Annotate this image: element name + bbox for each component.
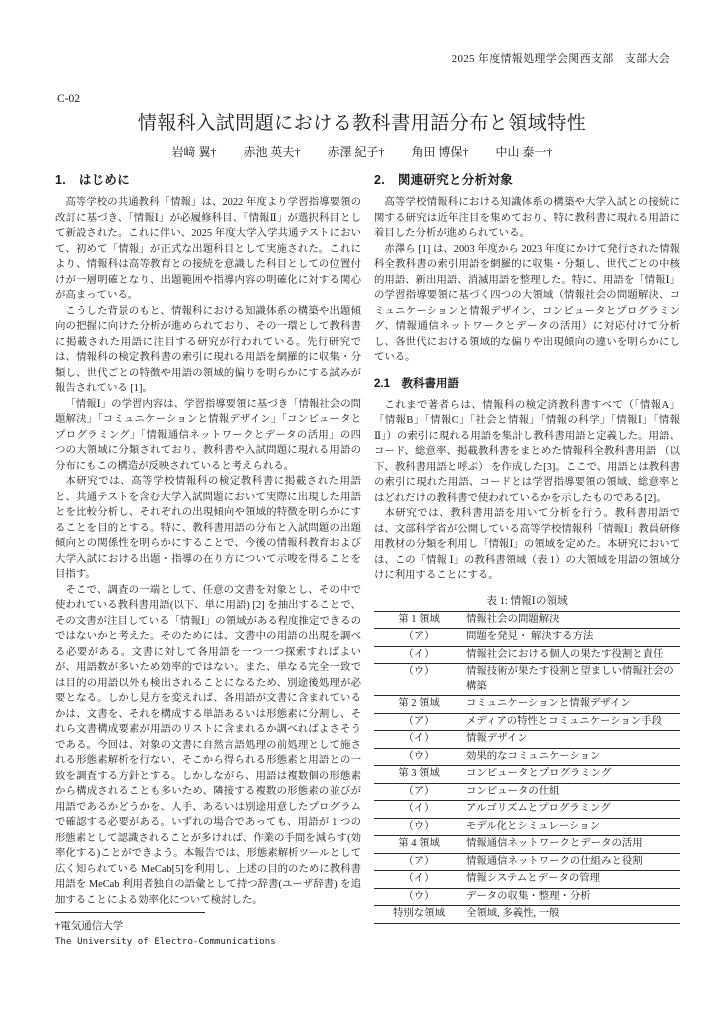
row-desc: 情報デザイン — [464, 731, 680, 749]
paragraph: 本研究では、教科書用語を用いて分析を行う。教科書用語では、文部科学省が公開してい… — [374, 506, 680, 584]
author-name: 角田 博保† — [412, 143, 469, 160]
table-row: （ア） 情報通信ネットワークの仕組みと役割 — [374, 853, 680, 871]
table-row: （ウ） データの収集・整理・分析 — [374, 888, 680, 906]
paragraph: これまで著者らは、情報科の検定済教科書すべて（「情報A」「情報B」「情報C」「社… — [374, 398, 680, 507]
table-row: 第 3 領域 コンピュータとプログラミング — [374, 766, 680, 784]
paper-page: 2025 年度情報処理学会関西支部 支部大会 C-02 情報科入試問題における教… — [0, 0, 724, 1024]
right-column: 2. 関連研究と分析対象 高等学校情報科における知識体系の構築や大学入試との接続… — [374, 170, 680, 924]
row-desc: 情報技術が果たす役割と望ましい情報社会の構築 — [464, 664, 680, 696]
table-row: （イ） 情報社会における個人の果たす役割と責任 — [374, 646, 680, 664]
paragraph: 高等学校情報科における知識体系の構築や大学入試との接続に関する研究は近年注目を集… — [374, 195, 680, 242]
table-row: 特別な領域 全領域, 多義性, 一般 — [374, 906, 680, 924]
footnote-divider — [55, 912, 205, 913]
row-label: （ア） — [374, 629, 464, 647]
row-label: （ウ） — [374, 664, 464, 696]
table-row: （ウ） 効果的なコミュニケーション — [374, 748, 680, 766]
two-column-body: 1. はじめに 高等学校の共通教科「情報」は、2022 年度より学習指導要領の改… — [55, 170, 680, 924]
author-name: 岩﨑 翼† — [171, 143, 216, 160]
row-label: 第 3 領域 — [374, 766, 464, 784]
section-2-1-heading: 2.1 教科書用語 — [374, 375, 680, 391]
author-name: 赤池 英夫† — [243, 143, 300, 160]
table-row: （イ） 情報システムとデータの管理 — [374, 871, 680, 889]
section-2-heading: 2. 関連研究と分析対象 — [374, 170, 680, 188]
table-row: （ア） 問題を発見・ 解決する方法 — [374, 629, 680, 647]
row-desc: 全領域, 多義性, 一般 — [464, 906, 680, 924]
paragraph: そこで、調査の一端として、任意の文書を対象とし、その中で使われている教科書用語(… — [55, 583, 361, 909]
row-desc: 情報通信ネットワークとデータの活用 — [464, 836, 680, 854]
row-label: （ウ） — [374, 818, 464, 836]
paragraph: こうした背景のもと、情報科における知識体系の構築や出題傾向の把握に向けた分析が進… — [55, 304, 361, 397]
table-row: （イ） アルゴリズムとプログラミング — [374, 801, 680, 819]
table-row: （イ） 情報デザイン — [374, 731, 680, 749]
row-desc: 効果的なコミュニケーション — [464, 748, 680, 766]
row-desc: 情報社会の問題解決 — [464, 611, 680, 629]
table-row: 第 1 領域 情報社会の問題解決 — [374, 611, 680, 629]
paragraph: 高等学校の共通教科「情報」は、2022 年度より学習指導要領の改訂に基づき、「情… — [55, 195, 361, 304]
table-row: （ア） メディアの特性とコミュニケーション手段 — [374, 713, 680, 731]
row-desc: 情報通信ネットワークの仕組みと役割 — [464, 853, 680, 871]
row-desc: コンピュータとプログラミング — [464, 766, 680, 784]
table-1-caption: 表 1: 情報Ⅰの領域 — [374, 593, 680, 608]
row-label: （イ） — [374, 646, 464, 664]
table-row: 第 4 領域 情報通信ネットワークとデータの活用 — [374, 836, 680, 854]
table-row: （ウ） 情報技術が果たす役割と望ましい情報社会の構築 — [374, 664, 680, 696]
paper-id: C-02 — [57, 93, 80, 105]
paragraph: 「情報Ⅰ」の学習内容は、学習指導要領に基づき「情報社会の問題解決」「コミュニケー… — [55, 397, 361, 475]
row-label: （ウ） — [374, 888, 464, 906]
domain-table-body: 第 1 領域 情報社会の問題解決 （ア） 問題を発見・ 解決する方法 （イ） 情… — [374, 611, 680, 923]
row-label: 特別な領域 — [374, 906, 464, 924]
row-desc: データの収集・整理・分析 — [464, 888, 680, 906]
row-label: （イ） — [374, 731, 464, 749]
row-desc: メディアの特性とコミュニケーション手段 — [464, 713, 680, 731]
table-row: （ウ） モデル化とシミュレーション — [374, 818, 680, 836]
table-row: （ア） コンピュータの仕組 — [374, 783, 680, 801]
row-label: （ア） — [374, 783, 464, 801]
row-label: 第 1 領域 — [374, 611, 464, 629]
row-label: 第 4 領域 — [374, 836, 464, 854]
row-desc: 問題を発見・ 解決する方法 — [464, 629, 680, 647]
left-column: 1. はじめに 高等学校の共通教科「情報」は、2022 年度より学習指導要領の改… — [55, 170, 361, 924]
affiliation-ja: †電気通信大学 — [55, 919, 361, 934]
row-desc: モデル化とシミュレーション — [464, 818, 680, 836]
author-name: 赤澤 紀子† — [327, 143, 384, 160]
author-name: 中山 泰一† — [496, 143, 553, 160]
row-label: 第 2 領域 — [374, 696, 464, 714]
table-row: 第 2 領域 コミュニケーションと情報デザイン — [374, 696, 680, 714]
row-label: （ウ） — [374, 748, 464, 766]
author-list: 岩﨑 翼† 赤池 英夫† 赤澤 紀子† 角田 博保† 中山 泰一† — [0, 143, 724, 160]
row-desc: コンピュータの仕組 — [464, 783, 680, 801]
paper-title: 情報科入試問題における教科書用語分布と領域特性 — [0, 108, 724, 135]
footnote: †電気通信大学 The University of Electro-Commun… — [55, 906, 361, 1024]
row-desc: アルゴリズムとプログラミング — [464, 801, 680, 819]
row-label: （イ） — [374, 871, 464, 889]
paragraph: 本研究では、高等学校情報科の検定教科書に掲載された用語と、共通テストを含む大学入… — [55, 474, 361, 583]
row-desc: 情報社会における個人の果たす役割と責任 — [464, 646, 680, 664]
row-label: （ア） — [374, 853, 464, 871]
row-desc: コミュニケーションと情報デザイン — [464, 696, 680, 714]
paragraph: 赤澤ら [1] は、2003 年度から 2023 年度にかけて発行された情報科全… — [374, 242, 680, 366]
domain-table: 第 1 領域 情報社会の問題解決 （ア） 問題を発見・ 解決する方法 （イ） 情… — [374, 611, 680, 924]
row-label: （ア） — [374, 713, 464, 731]
section-1-heading: 1. はじめに — [55, 170, 361, 188]
row-desc: 情報システムとデータの管理 — [464, 871, 680, 889]
conference-header: 2025 年度情報処理学会関西支部 支部大会 — [452, 50, 670, 66]
row-label: （イ） — [374, 801, 464, 819]
affiliation-en: The University of Electro-Communications — [55, 934, 361, 950]
